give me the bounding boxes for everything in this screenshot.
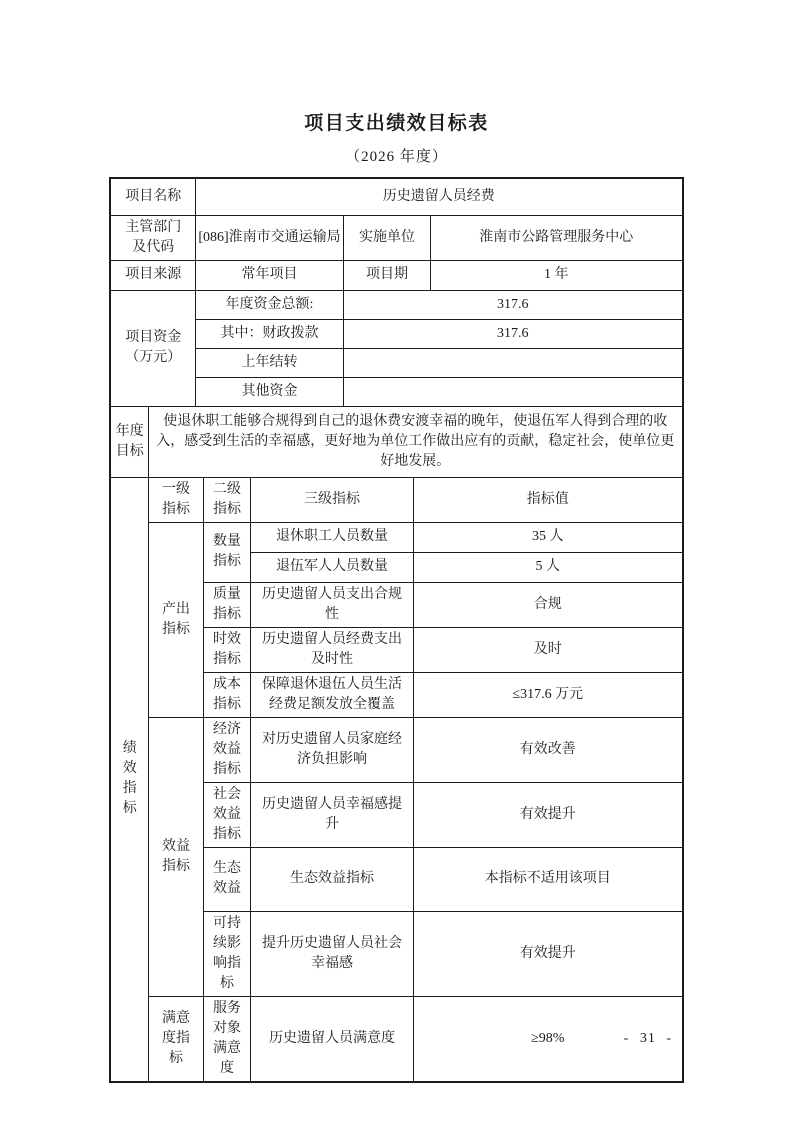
- fund-row-value: 317.6: [343, 290, 682, 319]
- implement-unit-value: 淮南市公路管理服务中心: [430, 215, 682, 260]
- indicator-level2: 生态 效益: [203, 847, 250, 911]
- project-source-value: 常年项目: [195, 260, 343, 290]
- indicator-value: ≤317.6 万元: [413, 672, 682, 717]
- indicator-level2: 时效 指标: [203, 627, 250, 672]
- indicator-value: 合规: [413, 582, 682, 627]
- header-value: 指标值: [413, 477, 682, 522]
- header-level2: 二级 指标: [203, 477, 250, 522]
- benefit-group-label: 效益 指标: [148, 717, 203, 996]
- indicator-level2: 经济 效益 指标: [203, 717, 250, 782]
- header-level1: 一级 指标: [148, 477, 203, 522]
- indicator-level3: 保障退休退伍人员生活 经费足额发放全覆盖: [250, 672, 413, 717]
- indicator-value: 有效改善: [413, 717, 682, 782]
- fund-row-value: [343, 348, 682, 377]
- implement-unit-label: 实施单位: [343, 215, 430, 260]
- indicator-level2: 质量 指标: [203, 582, 250, 627]
- project-period-value: 1 年: [430, 260, 682, 290]
- page-title: 项目支出绩效目标表: [0, 0, 793, 136]
- indicator-level3: 退休职工人员数量: [250, 522, 413, 552]
- table-row: 项目来源 常年项目 项目期 1 年: [110, 260, 682, 290]
- fund-row-name: 年度资金总额:: [195, 290, 343, 319]
- indicator-level2: 可持 续影 响指 标: [203, 911, 250, 996]
- indicator-value: 有效提升: [413, 911, 682, 996]
- project-name-label: 项目名称: [110, 178, 195, 215]
- table-row: 绩 效 指 标 一级 指标 二级 指标 三级指标 指标值: [110, 477, 682, 522]
- indicator-level2: 社会 效益 指标: [203, 782, 250, 847]
- indicator-level2: 服务 对象 满意 度: [203, 996, 250, 1082]
- indicator-value: 有效提升: [413, 782, 682, 847]
- indicator-level3: 历史遗留人员幸福感提 升: [250, 782, 413, 847]
- fund-row-name: 其中：财政拨款: [195, 319, 343, 348]
- table-row: 产出 指标 数量 指标 退休职工人员数量 35 人: [110, 522, 682, 552]
- department-value: [086]淮南市交通运输局: [195, 215, 343, 260]
- performance-side-label: 绩 效 指 标: [110, 477, 148, 1082]
- page-number: - 31 -: [624, 1031, 672, 1047]
- document-page: 项目支出绩效目标表 （2026 年度） 项目名称 历史遗留人员经费 主管部门 及…: [0, 0, 793, 1122]
- table-row: 其他资金: [110, 377, 682, 406]
- header-level3: 三级指标: [250, 477, 413, 522]
- indicator-level3: 提升历史遗留人员社会 幸福感: [250, 911, 413, 996]
- performance-target-table: 项目名称 历史遗留人员经费 主管部门 及代码 [086]淮南市交通运输局 实施单…: [109, 177, 683, 1083]
- fund-row-name: 其他资金: [195, 377, 343, 406]
- annual-goal-text: 使退休职工能够合规得到自己的退休费安渡幸福的晚年，使退伍军人得到合理的收入，感受…: [148, 406, 682, 477]
- table-row: 上年结转: [110, 348, 682, 377]
- table-row: 年度 目标 使退休职工能够合规得到自己的退休费安渡幸福的晚年，使退伍军人得到合理…: [110, 406, 682, 477]
- indicator-level2: 成本 指标: [203, 672, 250, 717]
- table-row: 效益 指标 经济 效益 指标 对历史遗留人员家庭经 济负担影响 有效改善: [110, 717, 682, 782]
- fund-row-name: 上年结转: [195, 348, 343, 377]
- funds-label: 项目资金 （万元）: [110, 290, 195, 406]
- output-group-label: 产出 指标: [148, 522, 203, 717]
- indicator-level3: 历史遗留人员满意度: [250, 996, 413, 1082]
- page-subtitle: （2026 年度）: [0, 148, 793, 167]
- department-label: 主管部门 及代码: [110, 215, 195, 260]
- indicator-value: 35 人: [413, 522, 682, 552]
- satisfaction-group-label: 满意 度指 标: [148, 996, 203, 1082]
- annual-goal-label: 年度 目标: [110, 406, 148, 477]
- table-row: 项目资金 （万元） 年度资金总额: 317.6: [110, 290, 682, 319]
- table-row: 项目名称 历史遗留人员经费: [110, 178, 682, 215]
- project-name-value: 历史遗留人员经费: [195, 178, 682, 215]
- project-period-label: 项目期: [343, 260, 430, 290]
- fund-row-value: 317.6: [343, 319, 682, 348]
- indicator-level3: 历史遗留人员支出合规 性: [250, 582, 413, 627]
- indicator-value: 5 人: [413, 552, 682, 582]
- fund-row-value: [343, 377, 682, 406]
- project-source-label: 项目来源: [110, 260, 195, 290]
- indicator-value: 及时: [413, 627, 682, 672]
- table-row: 满意 度指 标 服务 对象 满意 度 历史遗留人员满意度 ≥98%: [110, 996, 682, 1082]
- table-row: 主管部门 及代码 [086]淮南市交通运输局 实施单位 淮南市公路管理服务中心: [110, 215, 682, 260]
- indicator-level3: 退伍军人人员数量: [250, 552, 413, 582]
- indicator-level3: 对历史遗留人员家庭经 济负担影响: [250, 717, 413, 782]
- indicator-level3: 历史遗留人员经费支出 及时性: [250, 627, 413, 672]
- indicator-level3: 生态效益指标: [250, 847, 413, 911]
- indicator-level2: 数量 指标: [203, 522, 250, 582]
- table-row: 其中：财政拨款 317.6: [110, 319, 682, 348]
- indicator-value: 本指标不适用该项目: [413, 847, 682, 911]
